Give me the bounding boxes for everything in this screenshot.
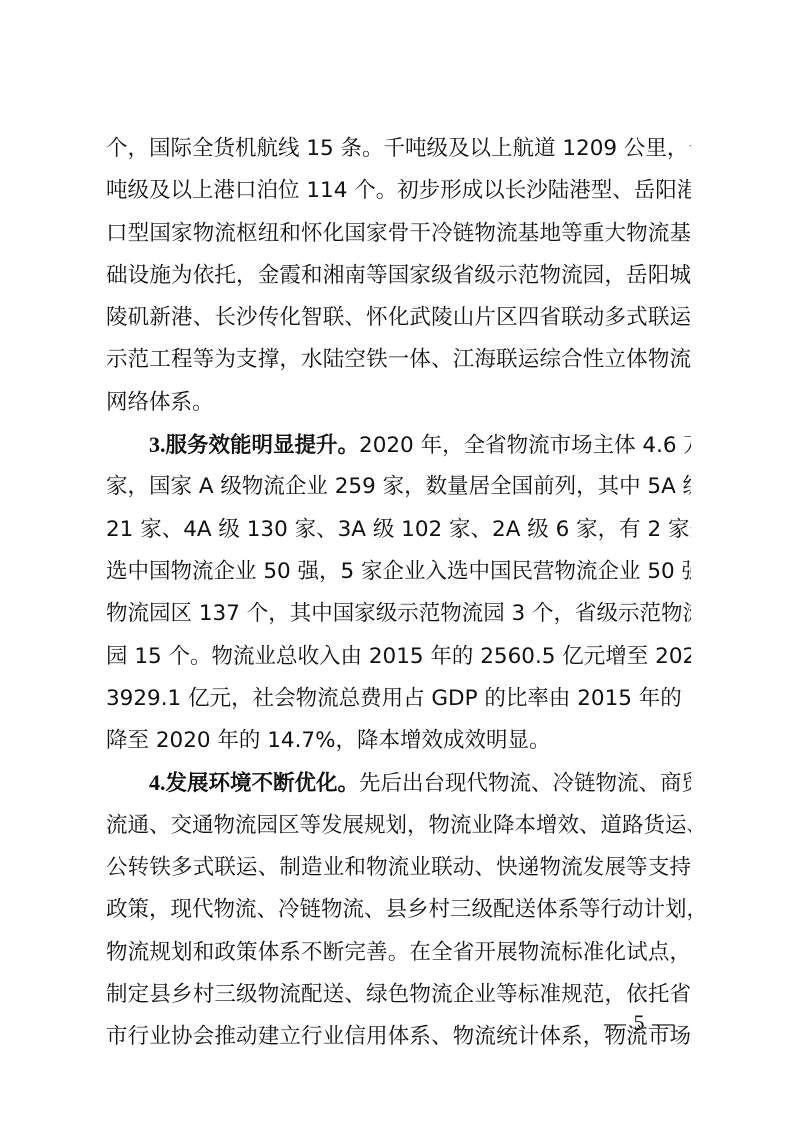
text-line: 园 15 个。物流业总收入由 2015 年的 2560.5 亿元增至 2020 … xyxy=(106,636,691,678)
section-number: 3. xyxy=(149,432,166,457)
paragraph-service-efficiency: 3.服务效能明显提升。2020 年，全省物流市场主体 4.6 万余 家，国家 A… xyxy=(106,424,691,762)
text-line: 4.发展环境不断优化。先后出台现代物流、冷链物流、商贸 xyxy=(106,762,691,804)
text-line: 家，国家 A 级物流企业 259 家，数量居全国前列，其中 5A 级 xyxy=(106,466,691,508)
page-number: — 5 — xyxy=(604,1010,675,1036)
text-line: 口型国家物流枢纽和怀化国家骨干冷链物流基地等重大物流基 xyxy=(106,213,691,255)
text-line: 流通、交通物流园区等发展规划，物流业降本增效、道路货运、 xyxy=(106,805,691,847)
text-span: 先后出台现代物流、冷链物流、商贸 xyxy=(359,771,691,796)
text-line: 3.服务效能明显提升。2020 年，全省物流市场主体 4.6 万余 xyxy=(106,424,691,466)
text-line: 吨级及以上港口泊位 114 个。初步形成以长沙陆港型、岳阳港 xyxy=(106,170,691,212)
text-line: 降至 2020 年的 14.7%，降本增效成效明显。 xyxy=(106,720,691,762)
text-line: 物流规划和政策体系不断完善。在全省开展物流标准化试点， xyxy=(106,932,691,974)
text-line: 陵矶新港、长沙传化智联、怀化武陵山片区四省联动多式联运 xyxy=(106,297,691,339)
text-line: 网络体系。 xyxy=(106,382,691,424)
section-number: 4. xyxy=(149,770,166,795)
text-line: 21 家、4A 级 130 家、3A 级 102 家、2A 级 6 家，有 2 … xyxy=(106,509,691,551)
text-line: 示范工程等为支撑，水陆空铁一体、江海联运综合性立体物流 xyxy=(106,339,691,381)
text-line: 公转铁多式联运、制造业和物流业联动、快递物流发展等支持 xyxy=(106,847,691,889)
section-heading: 服务效能明显提升。 xyxy=(166,433,360,458)
body-text: 个，国际全货机航线 15 条。千吨级及以上航道 1209 公里，千 吨级及以上港… xyxy=(106,128,691,1059)
text-line: 政策，现代物流、冷链物流、县乡村三级配送体系等行动计划， xyxy=(106,889,691,931)
text-line: 3929.1 亿元，社会物流总费用占 GDP 的比率由 2015 年的 18.2… xyxy=(106,678,691,720)
text-line: 选中国物流企业 50 强，5 家企业入选中国民营物流企业 50 强。 xyxy=(106,551,691,593)
text-line: 础设施为依托，金霞和湘南等国家级省级示范物流园，岳阳城 xyxy=(106,255,691,297)
text-line: 个，国际全货机航线 15 条。千吨级及以上航道 1209 公里，千 xyxy=(106,128,691,170)
paragraph-infrastructure: 个，国际全货机航线 15 条。千吨级及以上航道 1209 公里，千 吨级及以上港… xyxy=(106,128,691,424)
document-page: 个，国际全货机航线 15 条。千吨级及以上航道 1209 公里，千 吨级及以上港… xyxy=(0,0,793,1122)
text-span: 2020 年，全省物流市场主体 4.6 万余 xyxy=(359,433,691,458)
text-line: 物流园区 137 个，其中国家级示范物流园 3 个，省级示范物流 xyxy=(106,593,691,635)
section-heading: 发展环境不断优化。 xyxy=(166,771,360,796)
